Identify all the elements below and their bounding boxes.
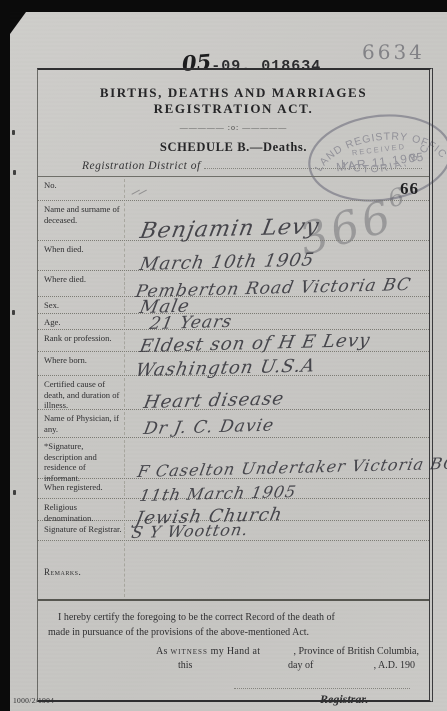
- row-name-of-deceased: Name and surname of deceased. Benjamin L…: [38, 201, 429, 241]
- certify-line-1: I hereby certify the foregoing to be the…: [48, 610, 378, 625]
- province-text: , Province of British Columbia,: [293, 646, 419, 657]
- row-cause-of-death: Certified cause of death, and duration o…: [38, 376, 429, 410]
- scan-speck: [13, 490, 16, 495]
- registration-number-value: 66: [400, 179, 419, 199]
- registration-district-blank: [204, 158, 422, 169]
- row-informant: *Signature, description and residence of…: [38, 438, 429, 479]
- row-when-died: When died. March 10th 1905: [38, 241, 429, 271]
- row-number: No. 66: [38, 177, 429, 201]
- row-label: Sex.: [44, 300, 122, 311]
- row-religious-denomination: Religious denomination. Jewish Church: [38, 499, 429, 521]
- registration-district-label: Registration District of: [82, 160, 201, 172]
- row-label: Age.: [44, 317, 122, 328]
- row-age: Age. 21 Years: [38, 314, 429, 330]
- row-label: Rank or profession.: [44, 333, 122, 344]
- row-label: *Signature, description and residence of…: [44, 441, 122, 484]
- row-where-born: Where born. Washington U.S.A: [38, 352, 429, 376]
- witness-text: As witness my Hand at: [156, 646, 260, 657]
- act-title: BIRTHS, DEATHS AND MARRIAGES REGISTRATIO…: [38, 85, 429, 117]
- registrar-signature-blank: [234, 688, 410, 689]
- scan-corner-shadow: [10, 12, 26, 34]
- scan-speck: [13, 170, 16, 175]
- row-label: Where born.: [44, 355, 122, 366]
- form-frame: BIRTHS, DEATHS AND MARRIAGES REGISTRATIO…: [37, 68, 433, 702]
- paper-sheet: 05-09. 018634 6634 LAND REGISTRY OFFICE,…: [10, 12, 447, 711]
- handwritten-value: S Y Wootton.: [130, 520, 250, 542]
- this-label: this: [178, 660, 192, 671]
- row-label: Name and surname of deceased.: [44, 204, 122, 225]
- print-code: 1000/2/1904: [13, 696, 54, 705]
- ad-year-label: , A.D. 190: [374, 660, 415, 671]
- form-table: No. 66 Name and surname of deceased. Ben…: [38, 176, 429, 601]
- registrar-label: Registrar.: [320, 692, 368, 707]
- schedule-heading: SCHEDULE B.—Deaths.: [38, 140, 429, 155]
- day-of-label: day of: [288, 660, 313, 671]
- pencil-scribble: [130, 187, 146, 194]
- witness-post: my Hand at: [208, 646, 260, 657]
- remarks-label: Remarks.: [44, 567, 122, 578]
- witness-pre: As: [156, 646, 171, 657]
- ornamental-divider: ————— :o: —————: [38, 123, 429, 132]
- row-registrar-signature: Signature of Registrar. S Y Wootton.: [38, 521, 429, 541]
- handwritten-value: Dr J. C. Davie: [142, 416, 276, 439]
- row-label: Name of Physician, if any.: [44, 413, 122, 434]
- handwritten-value: Benjamin Levy: [138, 214, 321, 244]
- row-physician: Name of Physician, if any. Dr J. C. Davi…: [38, 410, 429, 438]
- row-label: When registered.: [44, 482, 122, 493]
- row-when-registered: When registered. 11th March 1905: [38, 479, 429, 499]
- certification-statement: I hereby certify the foregoing to be the…: [48, 610, 378, 640]
- scanned-death-registration-document: 05-09. 018634 6634 LAND REGISTRY OFFICE,…: [0, 0, 447, 711]
- certify-line-2: made in pursuance of the provisions of t…: [48, 625, 378, 640]
- row-number-label: No.: [44, 180, 122, 191]
- corner-registration-number: 6634: [362, 40, 425, 64]
- row-label: Where died.: [44, 274, 122, 285]
- row-where-died: Where died. Pemberton Road Victoria BC: [38, 271, 429, 297]
- scan-speck: [12, 310, 15, 315]
- row-label: Signature of Registrar.: [44, 524, 122, 535]
- row-label: Certified cause of death, and duration o…: [44, 379, 122, 411]
- scan-speck: [12, 130, 15, 135]
- registration-district-line: Registration District of: [82, 158, 422, 172]
- witness-caps: witness: [171, 646, 208, 657]
- row-rank-or-profession: Rank or profession. Eldest son of H E Le…: [38, 330, 429, 352]
- handwritten-value: F Caselton Undertaker Victoria BC: [136, 454, 447, 481]
- row-remarks: Remarks.: [38, 541, 429, 601]
- row-label: When died.: [44, 244, 122, 255]
